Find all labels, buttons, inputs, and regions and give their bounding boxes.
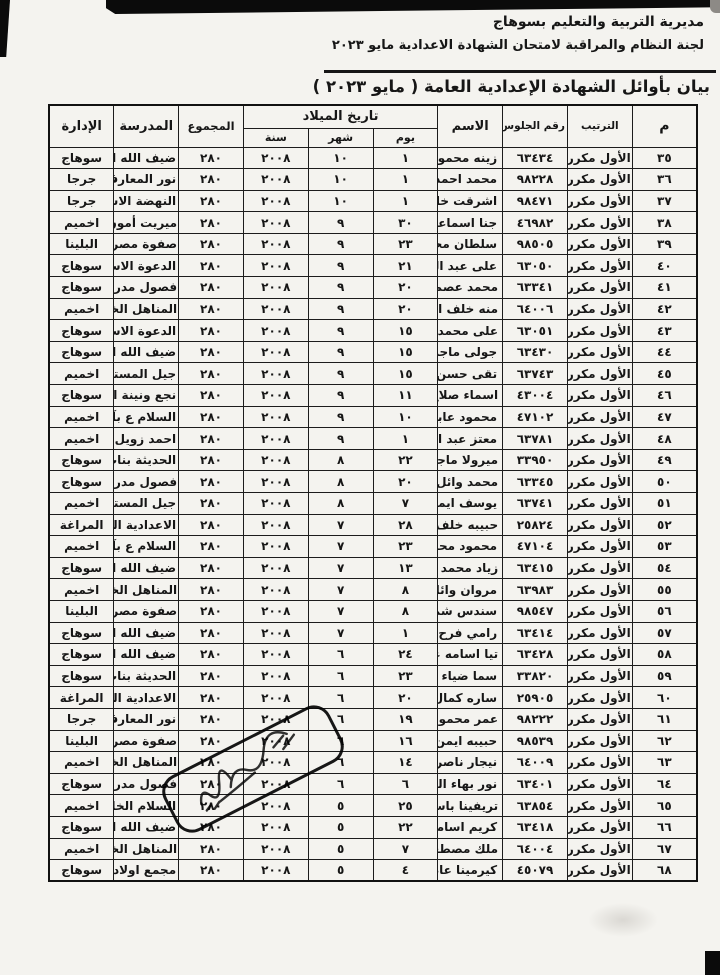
cell-admin: جرجا (49, 169, 114, 191)
cell-serial: ٤٣ (632, 320, 697, 342)
table-row: ٤٧ الأول مكرر ٤٧١٠٢ محمود عابدين لبيب مه… (49, 406, 697, 428)
cell-seat-number: ٦٣٠٥٠ (503, 255, 568, 277)
cell-serial: ٥٥ (632, 579, 697, 601)
cell-student-name: كريم اسامه نور الدين احمد (438, 816, 503, 838)
cell-school: المناهل الخاصة للغات (114, 752, 179, 774)
cell-serial: ٤٤ (632, 341, 697, 363)
col-header-school: المدرسة (114, 105, 179, 147)
results-table-header: م الترتيب رقم الجلوس الاسم تاريخ الميلاد… (49, 105, 697, 147)
cell-rank: الأول مكرر (567, 190, 632, 212)
cell-total: ٢٨٠ (179, 708, 244, 730)
cell-birth-day: ١ (373, 428, 438, 450)
cell-student-name: ميرولا ماجد رشدى مسعود (438, 449, 503, 471)
cell-birth-day: ١١ (373, 385, 438, 407)
cell-admin: سوهاج (49, 320, 114, 342)
cell-school: ضيف الله الخاصة (114, 341, 179, 363)
cell-rank: الأول مكرر (567, 428, 632, 450)
cell-school: الدعوة الاسلامية الخاصة بنين (114, 255, 179, 277)
cell-school: احمد زويل الخاصة الإعدادية عربى (114, 428, 179, 450)
col-header-name: الاسم (438, 105, 503, 147)
cell-seat-number: ٦٣٣٤٥ (503, 471, 568, 493)
cell-serial: ٥٤ (632, 557, 697, 579)
cell-birth-month: ٨ (308, 493, 373, 515)
scanned-document-page: مديرية التربية والتعليم بسوهاج لجنة النظ… (0, 0, 720, 975)
cell-birth-year: ٢٠٠٨ (243, 190, 308, 212)
cell-student-name: اسماء صلاح السيد احمد (438, 385, 503, 407)
cell-rank: الأول مكرر (567, 536, 632, 558)
cell-rank: الأول مكرر (567, 363, 632, 385)
cell-school: الحديثة بنات ع (114, 449, 179, 471)
cell-total: ٢٨٠ (179, 385, 244, 407)
cell-rank: الأول مكرر (567, 600, 632, 622)
cell-rank: الأول مكرر (567, 708, 632, 730)
table-row: ٤٩ الأول مكرر ٣٣٩٥٠ ميرولا ماجد رشدى مسع… (49, 449, 697, 471)
cell-total: ٢٨٠ (179, 536, 244, 558)
cell-rank: الأول مكرر (567, 341, 632, 363)
cell-rank: الأول مكرر (567, 752, 632, 774)
cell-birth-day: ١٤ (373, 752, 438, 774)
cell-birth-month: ٦ (308, 644, 373, 666)
cell-total: ٢٨٠ (179, 233, 244, 255)
table-row: ٥٦ الأول مكرر ٩٨٥٤٧ سندس شمس الدين عبدال… (49, 600, 697, 622)
cell-birth-month: ٩ (308, 320, 373, 342)
cell-student-name: زياد محمد حسن محمد على (438, 557, 503, 579)
cell-birth-month: ٥ (308, 838, 373, 860)
cell-admin: اخميم (49, 298, 114, 320)
col-header-rank: الترتيب (567, 105, 632, 147)
cell-school: ميريت أمون للتعليم الأساسى ع (114, 212, 179, 234)
cell-rank: الأول مكرر (567, 277, 632, 299)
cell-student-name: حبيبه ايمن العقبى نور الدين (438, 730, 503, 752)
table-row: ٦٥ الأول مكرر ٦٣٨٥٤ تريفينا باسم لويس نا… (49, 795, 697, 817)
cell-admin: سوهاج (49, 860, 114, 882)
cell-school: السلام ع بآبار الوقف والملك (114, 536, 179, 558)
scan-artifact-top-strip (106, 0, 720, 14)
cell-rank: الأول مكرر (567, 449, 632, 471)
cell-serial: ٣٧ (632, 190, 697, 212)
cell-rank: الأول مكرر (567, 514, 632, 536)
cell-birth-day: ٧ (373, 493, 438, 515)
cell-rank: الأول مكرر (567, 860, 632, 882)
cell-birth-month: ٩ (308, 255, 373, 277)
cell-birth-month: ٧ (308, 579, 373, 601)
cell-total: ٢٨٠ (179, 428, 244, 450)
cell-birth-day: ٢٣ (373, 536, 438, 558)
cell-school: ضيف الله الخاصة (114, 622, 179, 644)
cell-total: ٢٨٠ (179, 665, 244, 687)
cell-student-name: محمد عصمت احمد حجازى (438, 277, 503, 299)
table-row: ٣٨ الأول مكرر ٤٦٩٨٢ جنا اسماعيل محمد محم… (49, 212, 697, 234)
cell-serial: ٣٨ (632, 212, 697, 234)
cell-student-name: رامي فرح مرزوق ارميس (438, 622, 503, 644)
table-row: ٣٩ الأول مكرر ٩٨٥٠٥ سلطان محمد عبد الحمي… (49, 233, 697, 255)
cell-birth-month: ٧ (308, 557, 373, 579)
cell-seat-number: ٩٨٥٣٩ (503, 730, 568, 752)
table-row: ٣٦ الأول مكرر ٩٨٢٢٨ محمد احمد مكرم محمد … (49, 169, 697, 191)
cell-admin: سوهاج (49, 665, 114, 687)
table-row: ٥١ الأول مكرر ٦٣٧٤١ يوسف ايمن عبد الحميد… (49, 493, 697, 515)
cell-birth-year: ٢٠٠٨ (243, 579, 308, 601)
cell-total: ٢٨٠ (179, 644, 244, 666)
cell-school: السلام ع بآبار الوقف والملك (114, 406, 179, 428)
cell-rank: الأول مكرر (567, 471, 632, 493)
cell-seat-number: ٦٣٤٣٤ (503, 147, 568, 169)
table-row: ٣٥ الأول مكرر ٦٣٤٣٤ زينه محمود جلال طاهر… (49, 147, 697, 169)
cell-birth-month: ٩ (308, 406, 373, 428)
cell-admin: اخميم (49, 838, 114, 860)
cell-rank: الأول مكرر (567, 579, 632, 601)
cell-seat-number: ٤٧١٠٤ (503, 536, 568, 558)
cell-seat-number: ٦٣٤١٥ (503, 557, 568, 579)
table-row: ٤٢ الأول مكرر ٦٤٠٠٦ منه خلف الضبع جادالر… (49, 298, 697, 320)
cell-birth-day: ٢٤ (373, 644, 438, 666)
cell-birth-day: ١ (373, 147, 438, 169)
cell-seat-number: ٩٨٢٢٢ (503, 708, 568, 730)
scan-smudge (588, 903, 658, 937)
cell-rank: الأول مكرر (567, 687, 632, 709)
cell-birth-year: ٢٠٠٨ (243, 665, 308, 687)
cell-serial: ٦٠ (632, 687, 697, 709)
cell-birth-day: ١٥ (373, 341, 438, 363)
cell-rank: الأول مكرر (567, 816, 632, 838)
cell-serial: ٥٦ (632, 600, 697, 622)
cell-birth-month: ٩ (308, 298, 373, 320)
cell-birth-year: ٢٠٠٨ (243, 277, 308, 299)
cell-admin: سوهاج (49, 471, 114, 493)
cell-birth-day: ١٩ (373, 708, 438, 730)
cell-total: ٢٨٠ (179, 147, 244, 169)
cell-birth-day: ٢٠ (373, 687, 438, 709)
cell-school: صفوة مصر الخاصة الاعدادية (114, 233, 179, 255)
cell-serial: ٤٩ (632, 449, 697, 471)
cell-birth-month: ٩ (308, 363, 373, 385)
cell-birth-day: ١٠ (373, 406, 438, 428)
cell-total: ٢٨٠ (179, 169, 244, 191)
cell-student-name: ملك مصطفى الضمر علي عبد الموجود (438, 838, 503, 860)
cell-admin: سوهاج (49, 147, 114, 169)
cell-birth-year: ٢٠٠٨ (243, 406, 308, 428)
cell-school: الاعدادية القديمة بالمراغة بنات (114, 687, 179, 709)
cell-admin: اخميم (49, 493, 114, 515)
cell-student-name: معتز عبد الله محمد جوده (438, 428, 503, 450)
cell-serial: ٥٣ (632, 536, 697, 558)
cell-birth-year: ٢٠٠٨ (243, 385, 308, 407)
cell-birth-day: ٨ (373, 579, 438, 601)
cell-student-name: سندس شمس الدين عبدالحميد عامر (438, 600, 503, 622)
cell-birth-day: ٢٠ (373, 277, 438, 299)
cell-seat-number: ٦٣٨٥٤ (503, 795, 568, 817)
cell-admin: سوهاج (49, 622, 114, 644)
cell-serial: ٥١ (632, 493, 697, 515)
cell-total: ٢٨٠ (179, 190, 244, 212)
cell-birth-day: ٢٣ (373, 233, 438, 255)
cell-admin: اخميم (49, 406, 114, 428)
table-row: ٥٠ الأول مكرر ٦٣٣٤٥ محمد وائل على اسماعي… (49, 471, 697, 493)
col-header-birth-day: يوم (373, 128, 438, 147)
cell-total: ٢٨٠ (179, 298, 244, 320)
cell-rank: الأول مكرر (567, 493, 632, 515)
cell-student-name: جولى ماجد صبحى فكرى (438, 341, 503, 363)
cell-school: فصول مدرسة ضيف الله الخاصة (114, 471, 179, 493)
cell-serial: ٦١ (632, 708, 697, 730)
table-row: ٤٨ الأول مكرر ٦٣٧٨١ معتز عبد الله محمد ج… (49, 428, 697, 450)
cell-birth-day: ١٦ (373, 730, 438, 752)
cell-birth-day: ٢١ (373, 255, 438, 277)
cell-serial: ٣٦ (632, 169, 697, 191)
cell-birth-day: ١ (373, 169, 438, 191)
cell-seat-number: ٤٧١٠٢ (503, 406, 568, 428)
cell-admin: سوهاج (49, 816, 114, 838)
cell-birth-day: ١ (373, 190, 438, 212)
table-row: ٦٠ الأول مكرر ٢٥٩٠٥ ساره كمال احمد على ٢… (49, 687, 697, 709)
cell-rank: الأول مكرر (567, 730, 632, 752)
cell-admin: سوهاج (49, 341, 114, 363)
cell-rank: الأول مكرر (567, 622, 632, 644)
cell-birth-year: ٢٠٠٨ (243, 233, 308, 255)
cell-admin: المراغة (49, 687, 114, 709)
table-row: ٤٤ الأول مكرر ٦٣٤٣٠ جولى ماجد صبحى فكرى … (49, 341, 697, 363)
results-table: م الترتيب رقم الجلوس الاسم تاريخ الميلاد… (48, 104, 698, 882)
cell-total: ٢٨٠ (179, 363, 244, 385)
cell-birth-year: ٢٠٠٨ (243, 600, 308, 622)
cell-birth-day: ٢٣ (373, 665, 438, 687)
cell-serial: ٥٢ (632, 514, 697, 536)
cell-birth-month: ٩ (308, 277, 373, 299)
scan-artifact-corner (710, 0, 720, 13)
cell-admin: سوهاج (49, 255, 114, 277)
cell-birth-year: ٢٠٠٨ (243, 320, 308, 342)
col-header-birth-month: شهر (308, 128, 373, 147)
cell-admin: اخميم (49, 795, 114, 817)
table-row: ٣٧ الأول مكرر ٩٨٤٧١ اشرقت خالد حسن عبد ا… (49, 190, 697, 212)
cell-birth-year: ٢٠٠٨ (243, 860, 308, 882)
cell-serial: ٦٥ (632, 795, 697, 817)
table-row: ٦٨ الأول مكرر ٤٥٠٧٩ كيرمينا عاطف منير حب… (49, 860, 697, 882)
cell-school: الاعدادية القديمة بالمراغة بنات (114, 514, 179, 536)
cell-serial: ٤٥ (632, 363, 697, 385)
cell-school: جيل المستقبل الخاصة الاعدادية للغات (114, 363, 179, 385)
cell-admin: البلينا (49, 233, 114, 255)
cell-seat-number: ٣٣٨٢٠ (503, 665, 568, 687)
cell-serial: ٦٨ (632, 860, 697, 882)
cell-admin: اخميم (49, 752, 114, 774)
col-header-serial: م (632, 105, 697, 147)
cell-birth-month: ٥ (308, 816, 373, 838)
cell-seat-number: ٤٣٠٠٤ (503, 385, 568, 407)
scan-artifact-bottom-square (705, 951, 720, 975)
table-row: ٥٨ الأول مكرر ٦٣٤٢٨ تيا اسامه عزت اسكندر… (49, 644, 697, 666)
cell-total: ٢٨٠ (179, 449, 244, 471)
cell-student-name: على عبد الكريم احمد بدوي (438, 255, 503, 277)
cell-school: المناهل الخاصة للغات (114, 298, 179, 320)
cell-birth-month: ٨ (308, 449, 373, 471)
cell-rank: الأول مكرر (567, 665, 632, 687)
cell-seat-number: ٤٦٩٨٢ (503, 212, 568, 234)
cell-admin: اخميم (49, 363, 114, 385)
cell-student-name: محمد احمد مكرم محمد رضا (438, 169, 503, 191)
table-row: ٤٠ الأول مكرر ٦٣٠٥٠ على عبد الكريم احمد … (49, 255, 697, 277)
cell-admin: سوهاج (49, 773, 114, 795)
cell-total: ٢٨٠ (179, 600, 244, 622)
cell-serial: ٤٧ (632, 406, 697, 428)
table-row: ٤١ الأول مكرر ٦٣٣٤١ محمد عصمت احمد حجازى… (49, 277, 697, 299)
cell-birth-month: ١٠ (308, 190, 373, 212)
table-row: ٥٥ الأول مكرر ٦٣٩٨٣ مروان وائل محمد محمد… (49, 579, 697, 601)
cell-student-name: كيرمينا عاطف منير حبيب (438, 860, 503, 882)
cell-school: المناهل الخاصة للغات (114, 579, 179, 601)
cell-birth-day: ١ (373, 622, 438, 644)
cell-student-name: على محمد محروس بيومي (438, 320, 503, 342)
cell-rank: الأول مكرر (567, 406, 632, 428)
cell-total: ٢٨٠ (179, 406, 244, 428)
cell-admin: اخميم (49, 536, 114, 558)
cell-serial: ٦٧ (632, 838, 697, 860)
header-underline (324, 70, 716, 73)
cell-birth-day: ١٥ (373, 320, 438, 342)
cell-birth-year: ٢٠٠٨ (243, 471, 308, 493)
cell-seat-number: ٦٤٠٠٩ (503, 752, 568, 774)
cell-admin: سوهاج (49, 557, 114, 579)
cell-school: ضيف الله الخاصة (114, 816, 179, 838)
cell-admin: جرجا (49, 708, 114, 730)
cell-birth-day: ١٣ (373, 557, 438, 579)
cell-admin: اخميم (49, 212, 114, 234)
table-row: ٦٧ الأول مكرر ٦٤٠٠٤ ملك مصطفى الضمر علي … (49, 838, 697, 860)
table-row: ٦٤ الأول مكرر ٦٣٤٠١ نور بهاء السيد عبد ا… (49, 773, 697, 795)
cell-serial: ٤٨ (632, 428, 697, 450)
cell-rank: الأول مكرر (567, 298, 632, 320)
cell-birth-month: ٦ (308, 773, 373, 795)
cell-birth-day: ٢٢ (373, 816, 438, 838)
cell-rank: الأول مكرر (567, 385, 632, 407)
cell-birth-year: ٢٠٠٨ (243, 449, 308, 471)
cell-student-name: منه خلف الضبع جادالرب (438, 298, 503, 320)
cell-student-name: محمود عابدين لبيب مهني (438, 406, 503, 428)
cell-seat-number: ٦٣٩٨٣ (503, 579, 568, 601)
cell-student-name: نور بهاء السيد عبد الرحيم (438, 773, 503, 795)
cell-total: ٢٨٠ (179, 579, 244, 601)
cell-total: ٢٨٠ (179, 277, 244, 299)
cell-total: ٢٨٠ (179, 838, 244, 860)
table-row: ٦٦ الأول مكرر ٦٣٤١٨ كريم اسامه نور الدين… (49, 816, 697, 838)
cell-admin: اخميم (49, 428, 114, 450)
cell-total: ٢٨٠ (179, 341, 244, 363)
cell-student-name: مروان وائل محمد محمد (438, 579, 503, 601)
cell-school: ضيف الله الخاصة (114, 557, 179, 579)
table-row: ٥٣ الأول مكرر ٤٧١٠٤ محمود محمد شحاته عبد… (49, 536, 697, 558)
cell-seat-number: ٦٤٠٠٤ (503, 838, 568, 860)
cell-seat-number: ٩٨٥٤٧ (503, 600, 568, 622)
table-row: ٤٣ الأول مكرر ٦٣٠٥١ على محمد محروس بيومي… (49, 320, 697, 342)
cell-birth-year: ٢٠٠٨ (243, 644, 308, 666)
cell-birth-year: ٢٠٠٨ (243, 341, 308, 363)
cell-serial: ٣٩ (632, 233, 697, 255)
cell-birth-month: ٩ (308, 341, 373, 363)
cell-student-name: زينه محمود جلال طاهر يسن العارف (438, 147, 503, 169)
scan-artifact-left-bar (0, 0, 10, 57)
cell-birth-day: ٢٥ (373, 795, 438, 817)
directorate-line: مديرية التربية والتعليم بسوهاج (332, 14, 704, 30)
table-row: ٥٧ الأول مكرر ٦٣٤١٤ رامي فرح مرزوق ارميس… (49, 622, 697, 644)
cell-birth-year: ٢٠٠٨ (243, 212, 308, 234)
cell-seat-number: ٢٥٩٠٥ (503, 687, 568, 709)
cell-seat-number: ٦٣٤١٨ (503, 816, 568, 838)
cell-admin: جرجا (49, 190, 114, 212)
cell-birth-day: ٢٢ (373, 449, 438, 471)
cell-birth-year: ٢٠٠٨ (243, 557, 308, 579)
table-row: ٥٤ الأول مكرر ٦٣٤١٥ زياد محمد حسن محمد ع… (49, 557, 697, 579)
cell-seat-number: ٩٨٢٢٨ (503, 169, 568, 191)
cell-rank: الأول مكرر (567, 255, 632, 277)
cell-birth-year: ٢٠٠٨ (243, 622, 308, 644)
cell-total: ٢٨٠ (179, 622, 244, 644)
cell-student-name: حبيبه خلف السيد عبد الباري (438, 514, 503, 536)
cell-school: الحديثة بنات ع (114, 665, 179, 687)
cell-admin: سوهاج (49, 449, 114, 471)
cell-birth-month: ٥ (308, 795, 373, 817)
cell-school: ضيف الله الخاصة (114, 147, 179, 169)
cell-admin: سوهاج (49, 385, 114, 407)
cell-admin: سوهاج (49, 644, 114, 666)
cell-birth-day: ٦ (373, 773, 438, 795)
cell-admin: المراغة (49, 514, 114, 536)
cell-total: ٢٨٠ (179, 255, 244, 277)
cell-student-name: تقى حسن شمس الدين يوسف (438, 363, 503, 385)
cell-seat-number: ٤٥٠٧٩ (503, 860, 568, 882)
cell-total: ٢٨٠ (179, 212, 244, 234)
cell-student-name: تيا اسامه عزت اسكندر (438, 644, 503, 666)
cell-birth-day: ٢٠ (373, 471, 438, 493)
cell-seat-number: ٣٣٩٥٠ (503, 449, 568, 471)
cell-birth-month: ٧ (308, 600, 373, 622)
cell-serial: ٥٨ (632, 644, 697, 666)
cell-student-name: عمر محمود محمد محمود (438, 708, 503, 730)
cell-birth-month: ٨ (308, 471, 373, 493)
cell-birth-year: ٢٠٠٨ (243, 536, 308, 558)
cell-total: ٢٨٠ (179, 471, 244, 493)
cell-birth-year: ٢٠٠٨ (243, 816, 308, 838)
cell-total: ٢٨٠ (179, 860, 244, 882)
cell-rank: الأول مكرر (567, 169, 632, 191)
cell-seat-number: ٢٥٨٢٤ (503, 514, 568, 536)
cell-birth-month: ٧ (308, 536, 373, 558)
cell-rank: الأول مكرر (567, 557, 632, 579)
cell-birth-year: ٢٠٠٨ (243, 298, 308, 320)
cell-serial: ٦٦ (632, 816, 697, 838)
cell-seat-number: ٦٣٣٤١ (503, 277, 568, 299)
cell-birth-day: ٣٠ (373, 212, 438, 234)
cell-school: ضيف الله الخاصة (114, 644, 179, 666)
cell-birth-year: ٢٠٠٨ (243, 363, 308, 385)
cell-school: المناهل الخاصة للغات (114, 838, 179, 860)
cell-birth-month: ٩ (308, 385, 373, 407)
cell-birth-year: ٢٠٠٨ (243, 428, 308, 450)
cell-serial: ٤٦ (632, 385, 697, 407)
committee-line: لجنة النظام والمراقبة لامتحان الشهادة ال… (332, 38, 704, 53)
cell-school: نور المعارف الاعدادية الخاصة (114, 708, 179, 730)
cell-birth-month: ١٠ (308, 169, 373, 191)
col-header-total: المجموع (179, 105, 244, 147)
cell-birth-year: ٢٠٠٨ (243, 514, 308, 536)
cell-birth-day: ٧ (373, 838, 438, 860)
cell-student-name: ساره كمال احمد على (438, 687, 503, 709)
cell-student-name: تريفينا باسم لويس ناثان (438, 795, 503, 817)
cell-birth-day: ١٥ (373, 363, 438, 385)
cell-total: ٢٨٠ (179, 493, 244, 515)
cell-student-name: يوسف ايمن عبد الحميد محمد (438, 493, 503, 515)
cell-student-name: محمود محمد شحاته عبد الرحيم (438, 536, 503, 558)
cell-student-name: سما ضياء الحق علام زناتى ابو الحسن (438, 665, 503, 687)
